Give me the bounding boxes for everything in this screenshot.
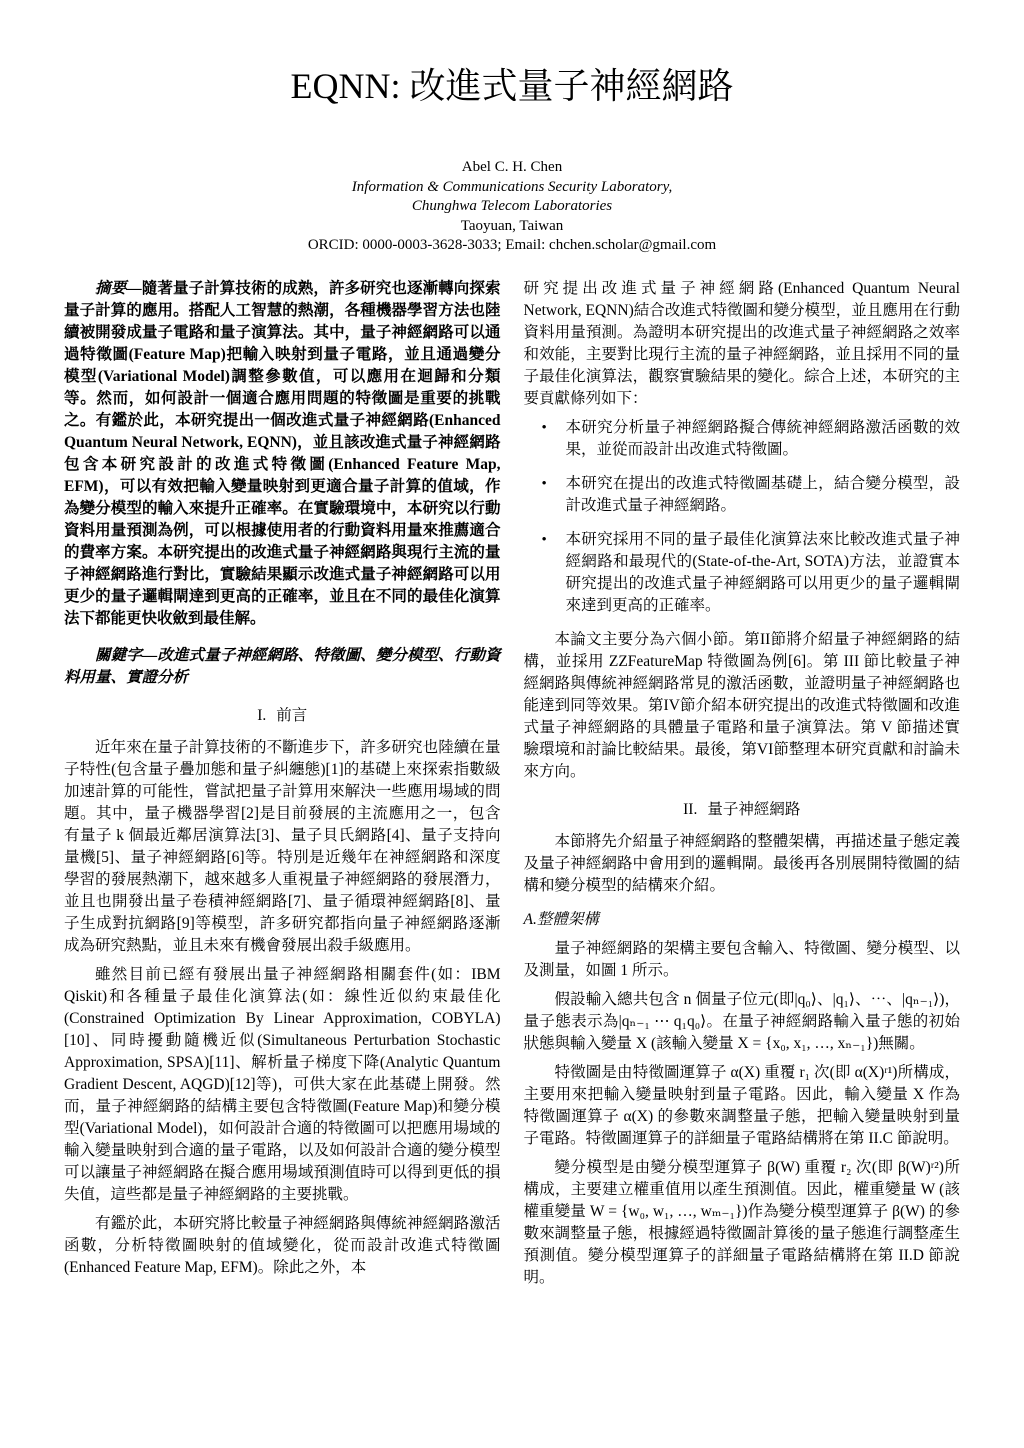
intro-paragraph-1: 近年來在量子計算技術的不斷進步下，許多研究也陸續在量子特性(包含量子疊加態和量子… [64,737,501,957]
left-column: 摘要—隨著量子計算技術的成熟，許多研究也逐漸轉向探索量子計算的應用。搭配人工智慧… [64,278,501,1296]
section-1-number: I. [257,707,266,724]
subsection-a-title: 整體架構 [537,911,599,928]
author-block: Abel C. H. Chen Information & Communicat… [0,158,1024,256]
intro-paragraph-2: 雖然目前已經有發展出量子神經網路相關套件(如：IBM Qiskit)和各種量子最… [64,964,501,1206]
section-2-title: 量子神經網路 [707,801,800,818]
architecture-paragraph-1: 量子神經網路的架構主要包含輸入、特徵圖、變分模型、以及測量，如圖 1 所示。 [524,938,961,982]
architecture-paragraph-3: 特徵圖是由特徵圖運算子 α(X) 重覆 r₁ 次(即 α(X)ʳ¹)所構成，主要… [524,1062,961,1150]
subsection-a-label: A. [524,911,537,928]
keywords-paragraph: 關鍵字—改進式量子神經網路、特徵圖、變分模型、行動資料用量、實證分析 [64,645,501,689]
author-contact: ORCID: 0000-0003-3628-3033; Email: chche… [0,236,1024,256]
page-title: EQNN: 改進式量子神經網路 [0,24,1024,108]
outline-paragraph: 本論文主要分為六個小節。第II節將介紹量子神經網路的結構，並採用 ZZFeatu… [524,629,961,783]
section-1-title: 前言 [276,707,307,724]
author-affiliation-1: Information & Communications Security La… [0,178,1024,198]
architecture-paragraph-4: 變分模型是由變分模型運算子 β(W) 重覆 r₂ 次(即 β(W)ʳ²)所構成，… [524,1157,961,1289]
paper-page: EQNN: 改進式量子神經網路 Abel C. H. Chen Informat… [0,0,1024,1448]
intro-paragraph-3: 有鑑於此，本研究將比較量子神經網路與傳統神經網路激活函數，分析特徵圖映射的值域變… [64,1213,501,1279]
author-name: Abel C. H. Chen [0,158,1024,178]
two-column-body: 摘要—隨著量子計算技術的成熟，許多研究也逐漸轉向探索量子計算的應用。搭配人工智慧… [0,278,1024,1296]
subsection-a-heading: A.整體架構 [524,909,961,931]
architecture-paragraph-2: 假設輸入總共包含 n 個量子位元(即|q₀⟩、|q₁⟩、⋯、|qₙ₋₁⟩)，量子… [524,989,961,1055]
abstract-label: 摘要— [95,280,142,297]
section-2-heading: II.量子神經網路 [524,799,961,821]
contribution-item-3: 本研究採用不同的量子最佳化演算法來比較改進式量子神經網路和最現代的(State-… [566,529,961,617]
section-2-intro-paragraph: 本節將先介紹量子神經網路的整體架構，再描述量子態定義及量子神經網路中會用到的邏輯… [524,831,961,897]
section-1-heading: I.前言 [64,705,501,727]
abstract-text: 隨著量子計算技術的成熟，許多研究也逐漸轉向探索量子計算的應用。搭配人工智慧的熱潮… [64,280,501,627]
section-2-number: II. [683,801,697,818]
contribution-list: 本研究分析量子神經網路擬合傳統神經網路激活函數的效果，並從而設計出改進式特徵圖。… [524,417,961,617]
right-column: 研究提出改進式量子神經網路(Enhanced Quantum Neural Ne… [524,278,961,1296]
abstract-paragraph: 摘要—隨著量子計算技術的成熟，許多研究也逐漸轉向探索量子計算的應用。搭配人工智慧… [64,278,501,630]
author-affiliation-2: Chunghwa Telecom Laboratories [0,197,1024,217]
keywords-label: 關鍵字— [95,647,157,664]
continuation-paragraph: 研究提出改進式量子神經網路(Enhanced Quantum Neural Ne… [524,278,961,410]
contribution-item-1: 本研究分析量子神經網路擬合傳統神經網路激活函數的效果，並從而設計出改進式特徵圖。 [566,417,961,461]
author-location: Taoyuan, Taiwan [0,217,1024,237]
contribution-item-2: 本研究在提出的改進式特徵圖基礎上，結合變分模型，設計改進式量子神經網路。 [566,473,961,517]
